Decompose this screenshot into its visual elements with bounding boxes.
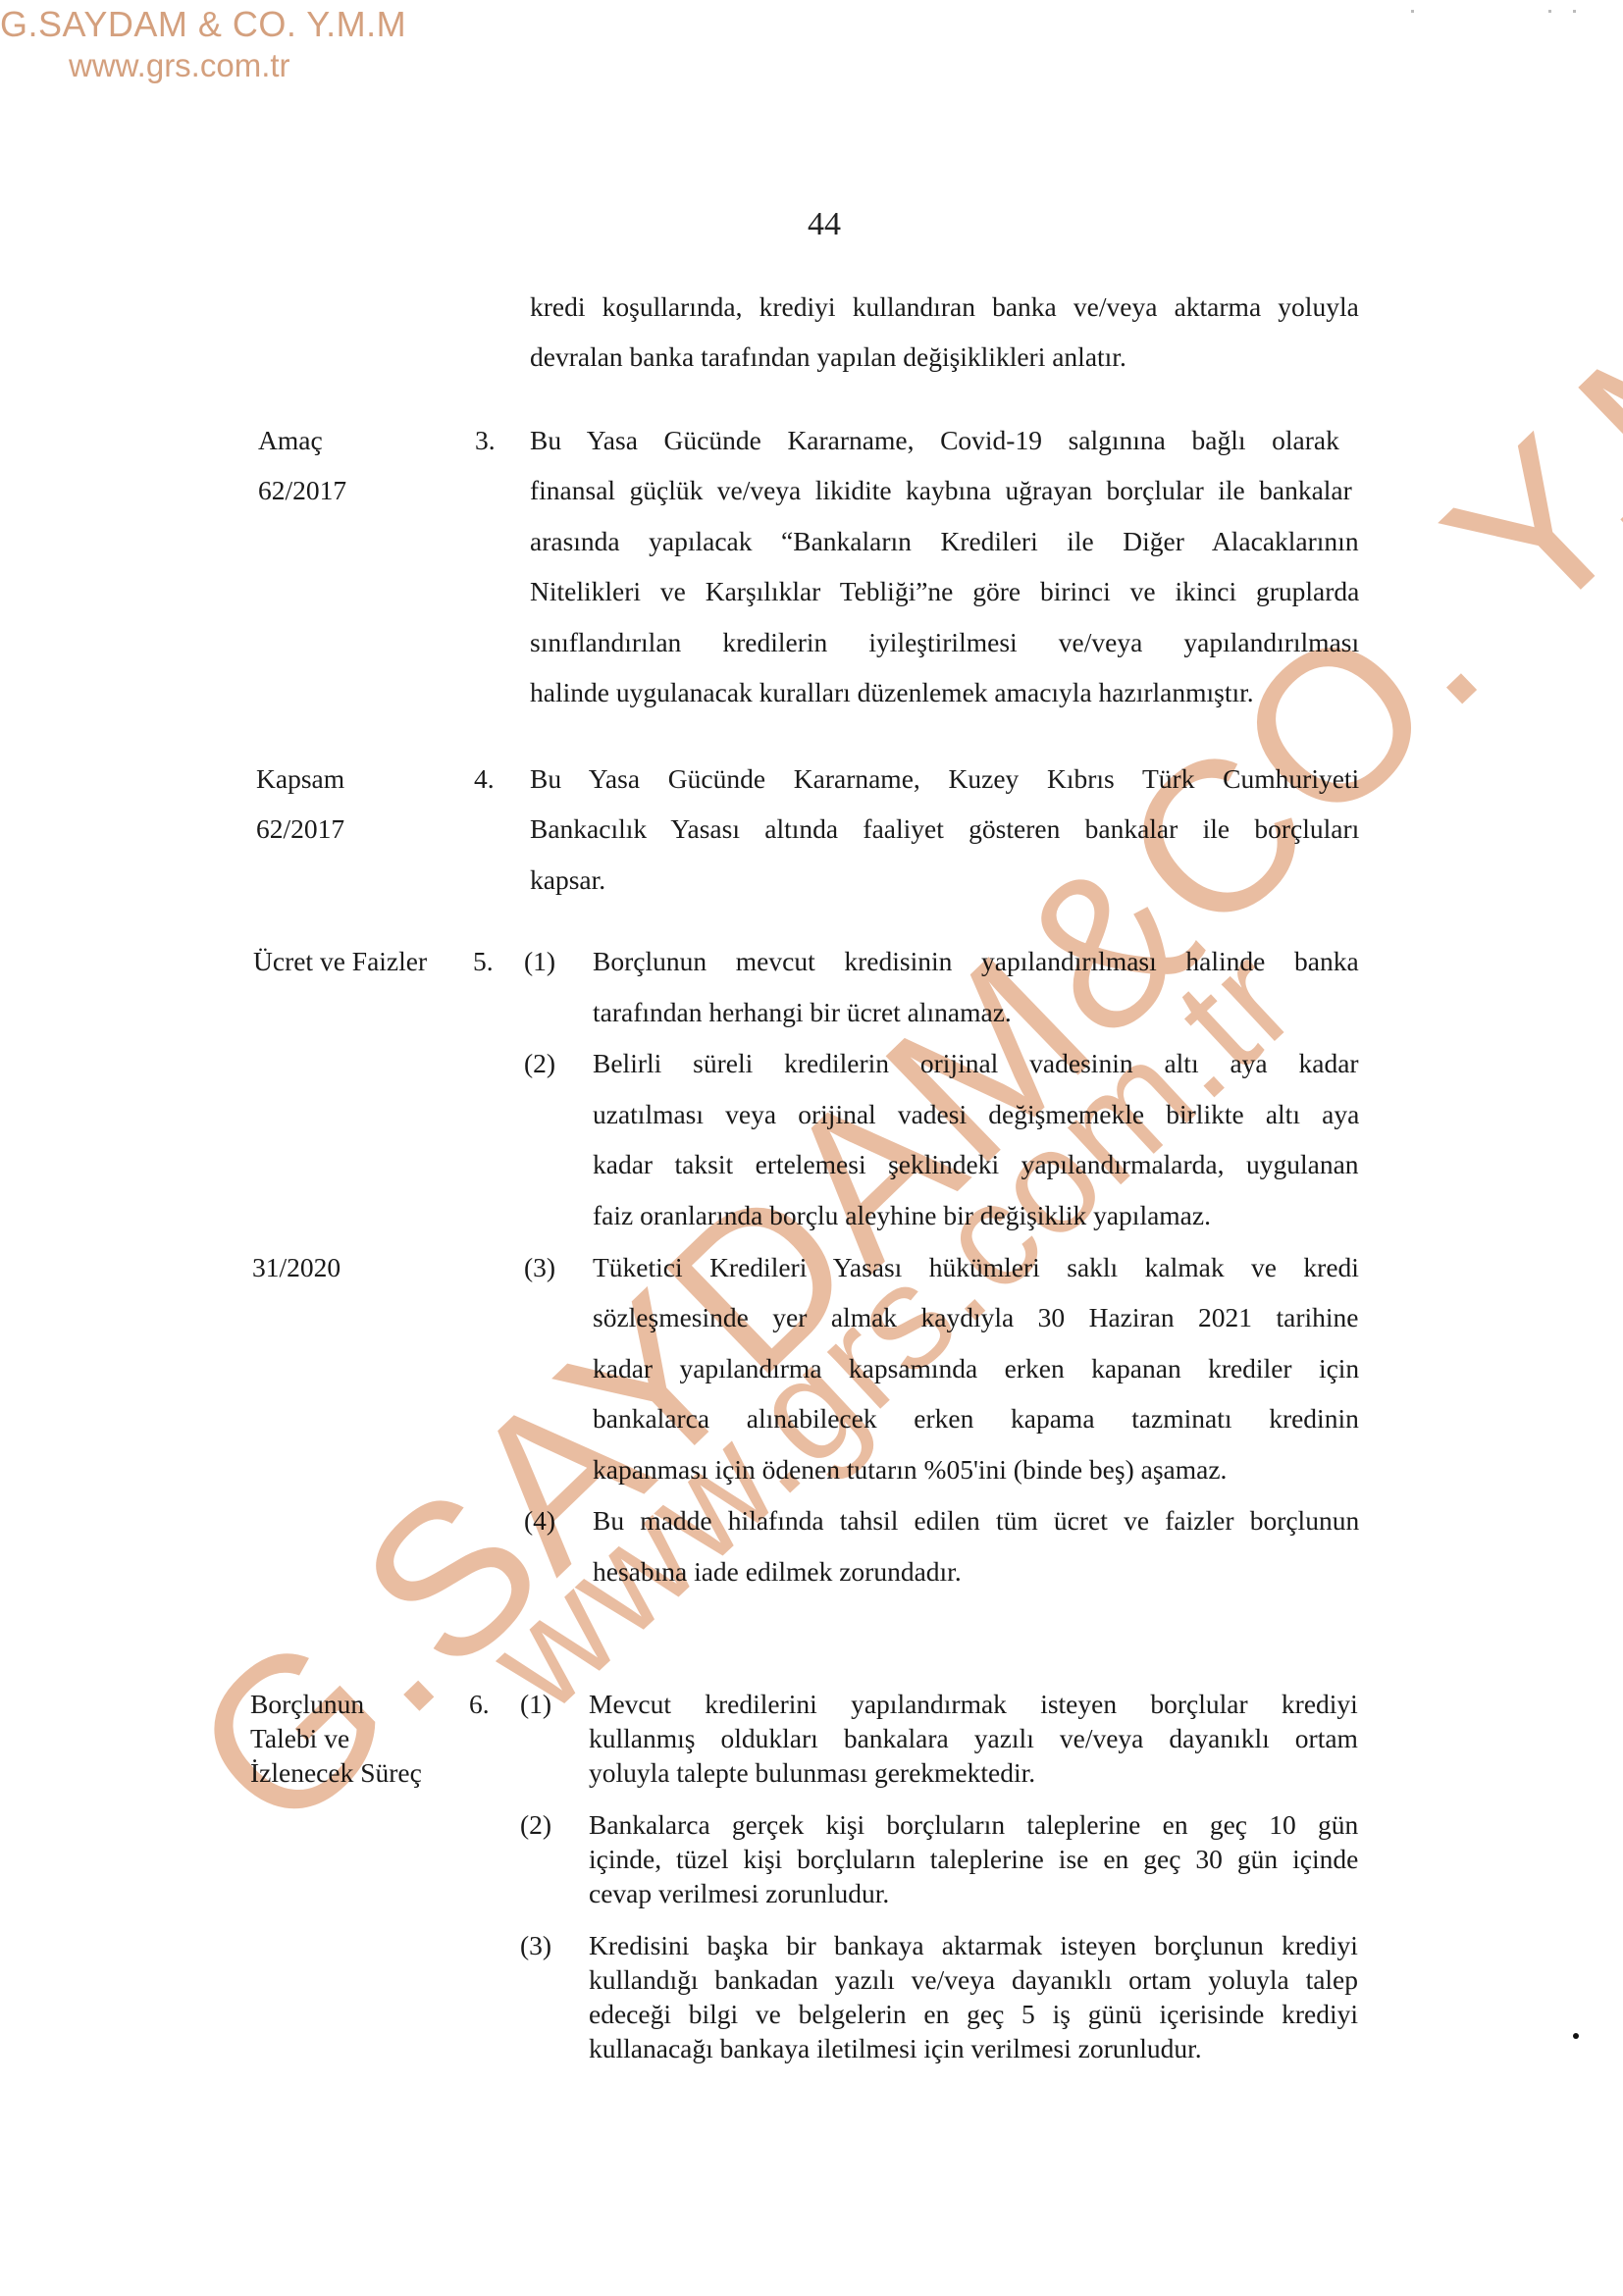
subsection-line: Mevcut kredilerini yapılandırmak isteyen… [589,1688,1358,1721]
subsection-line: hesabına iade edilmek zorundadır. [593,1555,1359,1589]
subsection-line: yoluyla talepte bulunması gerekmektedir. [589,1756,1358,1790]
subsection-line: kadar taksit ertelemesi şeklindeki yapıl… [593,1148,1359,1181]
subsection-line: kadar yapılandırma kapsamında erken kapa… [593,1352,1359,1385]
margin-title-kapsam: Kapsam [256,762,344,796]
subsection-label: (3) [520,1929,551,1962]
subsection-line: Borçlunun mevcut kredisinin yapılandırıl… [593,945,1359,978]
scan-speck [1411,10,1414,13]
margin-title-ucret-ve-faizler: Ücret ve Faizler [253,945,427,978]
subsection-label: (2) [520,1808,551,1842]
article-line: Bankacılık Yasası altında faaliyet göste… [530,812,1359,846]
article-line: Bu Yasa Gücünde Kararname, Kuzey Kıbrıs … [530,762,1359,796]
page-number: 44 [0,206,1623,243]
subsection-line: kullandığı bankadan yazılı ve/veya dayan… [589,1963,1358,1997]
subsection-label: (1) [520,1688,551,1721]
subsection-line: tarafından herhangi bir ücret alınamaz. [593,996,1359,1029]
subsection-line: Bu madde hilafında tahsil edilen tüm ücr… [593,1504,1359,1538]
margin-title-line: İzlenecek Süreç [250,1756,422,1790]
margin-title-line: Talebi ve [250,1722,349,1755]
article-number: 5. [473,945,494,978]
subsection-line: edeceği bilgi ve belgelerin en geç 5 iş … [589,1998,1358,2031]
margin-title-line: Borçlunun [250,1688,364,1721]
scan-speck [1548,10,1551,13]
article-line: sınıflandırılan kredilerin iyileştirilme… [530,626,1359,659]
article-line: Bu Yasa Gücünde Kararname, Covid-19 salg… [530,424,1359,457]
article-line: Nitelikleri ve Karşılıklar Tebliği”ne gö… [530,575,1359,608]
subsection-line: Bankalarca gerçek kişi borçluların talep… [589,1808,1358,1842]
intro-line: kredi koşullarında, krediyi kullandıran … [530,290,1359,324]
scan-speck [1573,2033,1579,2039]
firm-website: www.grs.com.tr [69,47,290,84]
scan-speck [1573,10,1576,13]
intro-line: devralan banka tarafından yapılan değişi… [530,340,1359,374]
subsection-line: kapanması için ödenen tutarın %05'ini (b… [593,1453,1359,1487]
article-line: kapsar. [530,863,1359,897]
subsection-line: sözleşmesinde yer almak kaydıyla 30 Hazi… [593,1301,1359,1334]
subsection-line: bankalarca alınabilecek erken kapama taz… [593,1402,1359,1435]
article-number: 4. [474,762,495,796]
margin-ref: 31/2020 [252,1251,340,1284]
subsection-line: Kredisini başka bir bankaya aktarmak ist… [589,1929,1358,1962]
subsection-line: cevap verilmesi zorunludur. [589,1877,1358,1910]
article-line: halinde uygulanacak kuralları düzenlemek… [530,676,1359,709]
subsection-line: faiz oranlarında borçlu aleyhine bir değ… [593,1199,1359,1232]
margin-ref: 62/2017 [258,474,346,507]
margin-ref: 62/2017 [256,812,344,846]
subsection-label: (2) [524,1047,555,1080]
subsection-label: (3) [524,1251,555,1284]
subsection-line: Belirli süreli kredilerin orijinal vades… [593,1047,1359,1080]
firm-header: G.SAYDAM & CO. Y.M.M [0,4,406,45]
article-line: finansal güçlük ve/veya likidite kaybına… [530,474,1359,507]
subsection-line: uzatılması veya orijinal vadesi değişmem… [593,1098,1359,1131]
subsection-label: (1) [524,945,555,978]
subsection-line: Tüketici Kredileri Yasası hükümleri sakl… [593,1251,1359,1284]
article-number: 3. [475,424,496,457]
subsection-line: içinde, tüzel kişi borçluların talepleri… [589,1843,1358,1876]
article-number: 6. [469,1688,490,1721]
article-line: arasında yapılacak “Bankaların Kredileri… [530,525,1359,558]
margin-title-amac: Amaç [258,424,323,457]
subsection-line: kullanacağı bankaya iletilmesi için veri… [589,2032,1358,2065]
subsection-line: kullanmış oldukları bankalara yazılı ve/… [589,1722,1358,1755]
subsection-label: (4) [524,1504,555,1538]
